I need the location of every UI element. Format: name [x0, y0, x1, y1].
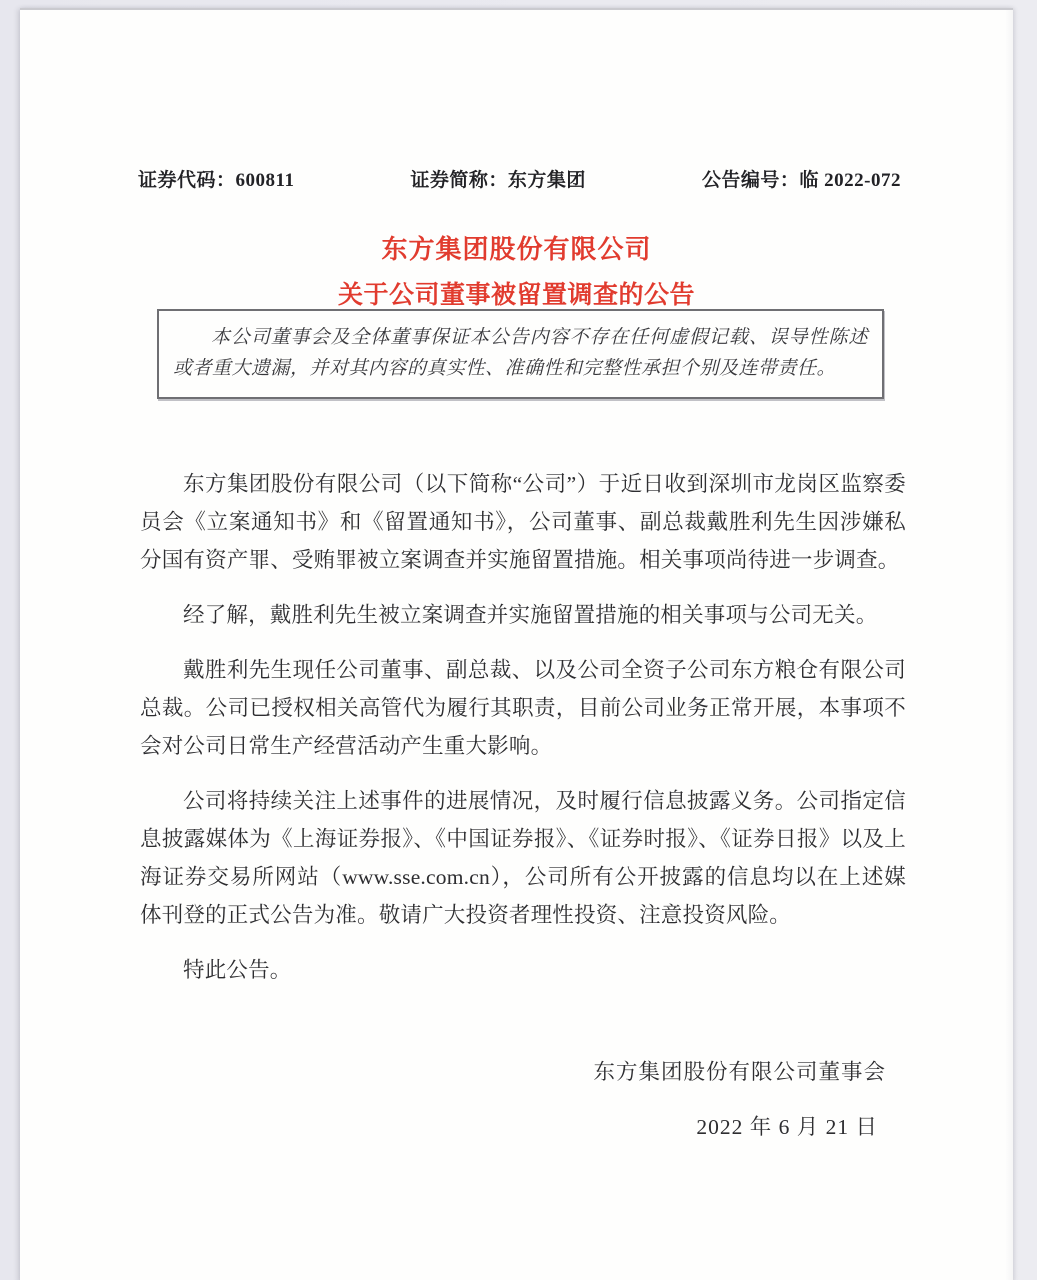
announcement-subtitle: 关于公司董事被留置调查的公告	[20, 275, 1013, 311]
announcement-number-label: 公告编号：临 2022-072	[702, 165, 901, 192]
stock-code-label: 证券代码：600811	[138, 165, 294, 192]
document-scan-background: 证券代码：600811 证券简称：东方集团 公告编号：临 2022-072 东方…	[0, 0, 1037, 1280]
announcement-page: 证券代码：600811 证券简称：东方集团 公告编号：临 2022-072 东方…	[20, 8, 1013, 1280]
body-paragraph: 戴胜利先生现任公司董事、副总裁、以及公司全资子公司东方粮仓有限公司总裁。公司已授…	[140, 651, 906, 765]
stock-name-label: 证券简称：东方集团	[410, 165, 586, 192]
company-title: 东方集团股份有限公司	[20, 229, 1013, 266]
board-declaration-box: 本公司董事会及全体董事保证本公告内容不存在任何虚假记载、误导性陈述或者重大遗漏，…	[157, 309, 884, 399]
body-paragraph: 经了解，戴胜利先生被立案调查并实施留置措施的相关事项与公司无关。	[140, 596, 906, 634]
board-declaration-text: 本公司董事会及全体董事保证本公告内容不存在任何虚假记载、误导性陈述或者重大遗漏，…	[173, 322, 868, 384]
board-signature: 东方集团股份有限公司董事会	[593, 1055, 886, 1086]
securities-header-row: 证券代码：600811 证券简称：东方集团 公告编号：临 2022-072	[138, 165, 901, 192]
closing-statement: 特此公告。	[140, 951, 906, 989]
announcement-date: 2022 年 6 月 21 日	[696, 1110, 878, 1141]
body-paragraph: 公司将持续关注上述事件的进展情况，及时履行信息披露义务。公司指定信息披露媒体为《…	[140, 782, 906, 934]
announcement-body: 东方集团股份有限公司（以下简称“公司”）于近日收到深圳市龙岗区监察委员会《立案通…	[140, 465, 906, 1006]
body-paragraph: 东方集团股份有限公司（以下简称“公司”）于近日收到深圳市龙岗区监察委员会《立案通…	[140, 465, 906, 579]
